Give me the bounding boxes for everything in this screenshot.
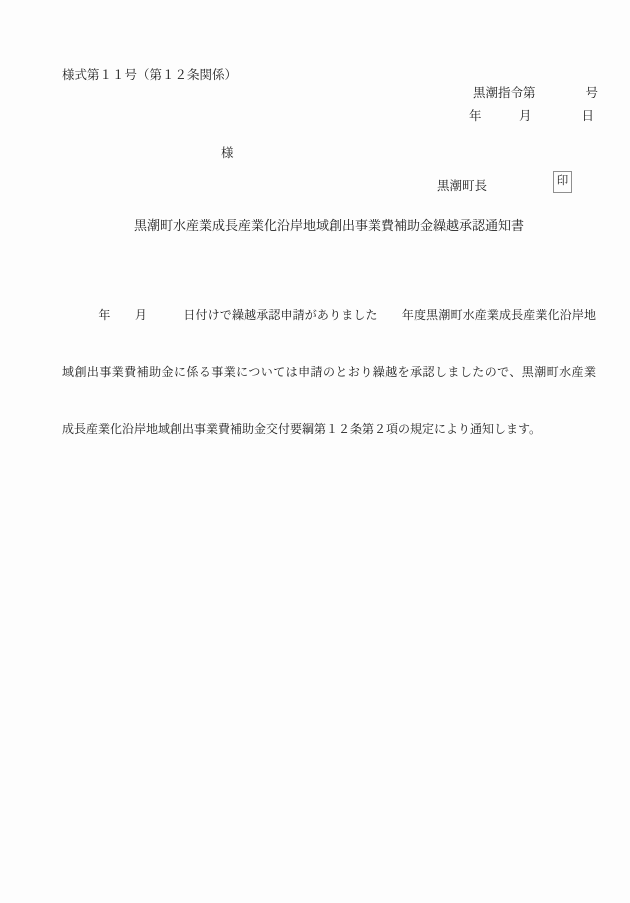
body-line: 成長産業化沿岸地域創出事業費補助金交付要綱第１２条第２項の規定により通知します。 [62, 420, 596, 439]
document-page: 様式第１１号（第１２条関係） 黒潮指令第 号 年 月 日 様 黒潮町長 印 黒潮… [0, 0, 630, 903]
seal-label: 印 [557, 176, 569, 188]
directive-number-line: 黒潮指令第 号 [473, 83, 598, 101]
issue-date-line: 年 月 日 [469, 106, 594, 124]
form-number: 様式第１１号（第１２条関係） [62, 65, 237, 83]
body-line: 年 月 日付けで繰越承認申請がありました 年度黒潮町水産業成長産業化沿岸地 [62, 306, 596, 325]
body-paragraph: 年 月 日付けで繰越承認申請がありました 年度黒潮町水産業成長産業化沿岸地 域創… [62, 268, 596, 477]
body-line: 域創出事業費補助金に係る事業については申請のとおり繰越を承認しましたので、黒潮町… [62, 363, 596, 382]
seal-placeholder-box: 印 [553, 171, 572, 193]
sender-title: 黒潮町長 [437, 176, 487, 194]
document-title: 黒潮町水産業成長産業化沿岸地域創出事業費補助金繰越承認通知書 [62, 215, 596, 234]
addressee-honorific: 様 [221, 143, 234, 161]
